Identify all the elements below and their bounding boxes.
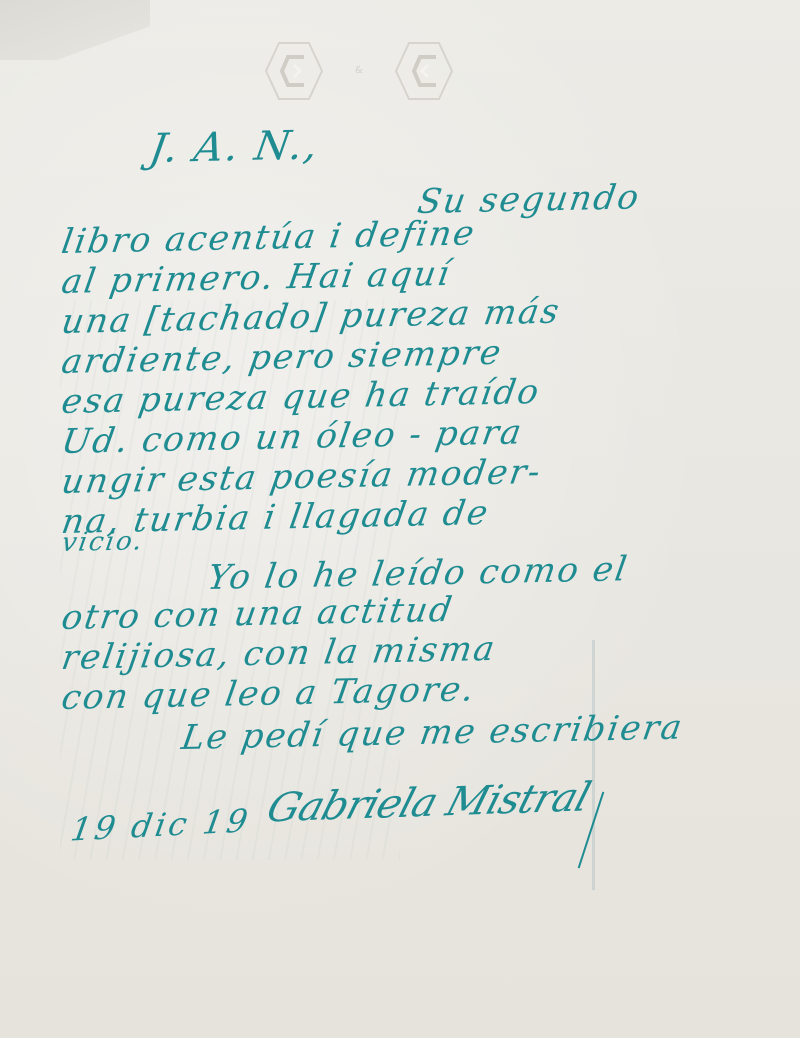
signature: Gabriela Mistral [262,774,595,831]
letter-content: J. A. N., Su segundo libro acentúa i def… [0,0,800,1038]
body-line: con que leo a Tagore. [59,669,479,718]
salutation: J. A. N., [146,122,322,172]
body-line: vicio. [60,526,146,558]
body-line: Le pedí que me escribiera [179,708,687,758]
letter-date: 19 dic 19 [68,801,253,848]
